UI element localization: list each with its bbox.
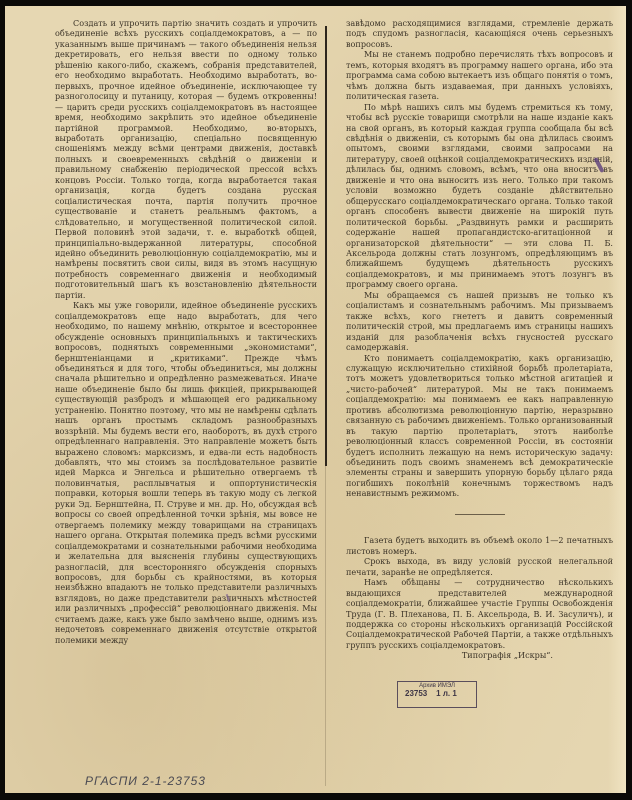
paragraph: Срокъ выхода, въ виду условій русской не… — [346, 556, 613, 577]
paragraph: Кто понимаетъ соціалдемократію, какъ орг… — [346, 353, 613, 499]
section-separator — [455, 514, 505, 516]
paragraph: Какъ мы уже говорили, идейное объединені… — [55, 300, 317, 645]
paragraph: Мы обращаемся съ нашей призывъ не только… — [346, 290, 613, 353]
archive-handwritten-note: РГАСПИ 2-1-23753 — [85, 774, 206, 788]
paragraph: По мѣрѣ нашихъ силъ мы будемъ стремиться… — [346, 102, 613, 290]
stamp-sheet: 1 л. 1 — [436, 689, 457, 698]
paragraph: завѣдомо расходящимися взглядами, стремл… — [346, 18, 613, 49]
right-text-column: завѣдомо расходящимися взглядами, стремл… — [346, 18, 613, 661]
archive-stamp: Архив ИМЭЛ 23753 1 л. 1 — [397, 681, 477, 708]
column-divider-faint — [325, 466, 326, 786]
stamp-number: 23753 1 л. 1 — [398, 690, 476, 698]
paragraph: Намъ обѣщаны — сотрудничество нѣскольких… — [346, 577, 613, 650]
left-text-column: Создать и упрочить партію значить создат… — [55, 18, 317, 645]
paragraph: Мы не станемъ подробно перечислять тѣхъ … — [346, 49, 613, 101]
paragraph: Создать и упрочить партію значить создат… — [55, 18, 317, 300]
paragraph: Газета будетъ выходить въ объемѣ около 1… — [346, 535, 613, 556]
printer-signature: Типографія „Искры“. — [346, 650, 613, 660]
stamp-inventory-number: 23753 — [405, 689, 427, 698]
document-page: Создать и упрочить партію значить создат… — [5, 6, 626, 793]
column-divider — [325, 26, 327, 466]
